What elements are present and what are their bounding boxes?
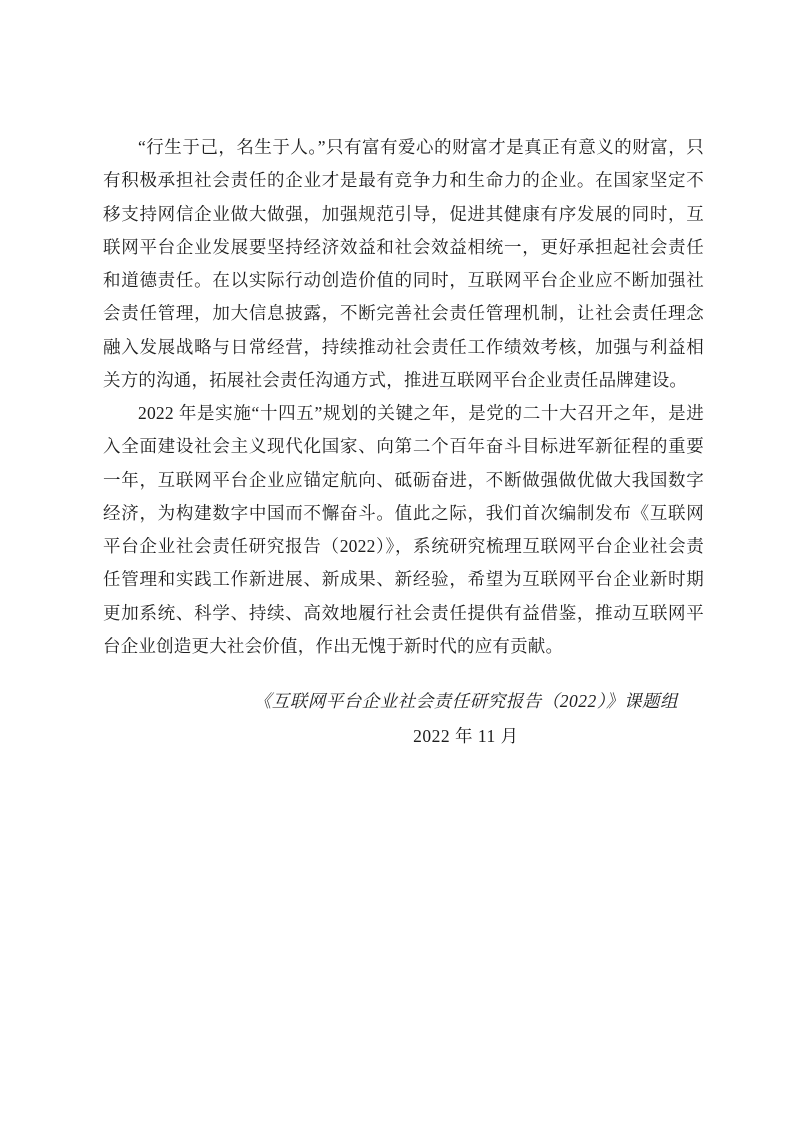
body-paragraph-1: “行生于己，名生于人。”只有富有爱心的财富才是真正有意义的财富，只有积极承担社会… [103,131,704,397]
signature-date: 2022 年 11 月 [254,720,678,753]
document-page: “行生于己，名生于人。”只有富有爱心的财富才是真正有意义的财富，只有积极承担社会… [0,0,802,1122]
signature-author: 《互联网平台企业社会责任研究报告（2022）》课题组 [254,685,678,718]
document-body: “行生于己，名生于人。”只有富有爱心的财富才是真正有意义的财富，只有积极承担社会… [103,131,704,754]
body-paragraph-2: 2022 年是实施“十四五”规划的关键之年，是党的二十大召开之年，是进入全面建设… [103,397,704,663]
signature-block: 《互联网平台企业社会责任研究报告（2022）》课题组 2022 年 11 月 [254,685,678,754]
